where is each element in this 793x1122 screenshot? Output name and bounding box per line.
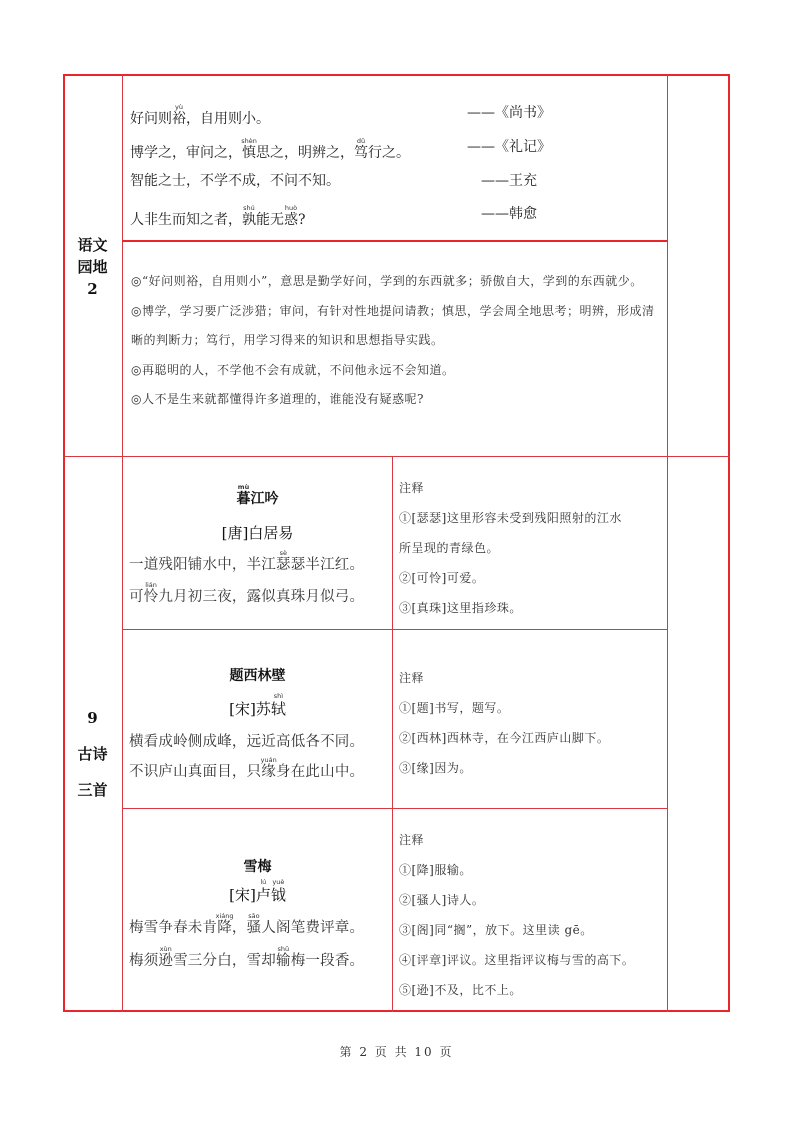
label-line: 语文 [63,234,122,256]
note-item: ②[西林]西林寺，在今江西庐山脚下。 [399,723,664,753]
poem-line: 一道残阳铺水中，半江瑟sè瑟半江红。 [129,550,364,574]
table-divider [122,808,668,809]
poem-notes: 注释 ①[题]书写，题写。 ②[西林]西林寺，在今江西庐山脚下。 ③[缘]因为。 [399,663,664,783]
quote-line: 好问则裕yù，自用则小。 [130,104,270,122]
pinyin-annotated-char: 慎shèn [242,145,256,161]
quote-source: ——《尚书》 [467,104,551,122]
table-divider [667,74,668,1012]
note-item: ②[骚人]诗人。 [399,885,664,915]
note-item: ①[降]服输。 [399,855,664,885]
pinyin-annotated-char: 孰shú [242,212,256,228]
poem-author: [宋]卢lú钺yuè [123,879,392,905]
poem-title: 雪梅 [123,856,392,876]
explanation-item: ◎博学，学习要广泛涉猎；审问，有针对性地提问请教；慎思，学会周全地思考；明辨，形… [131,297,661,356]
document-page: 语文 园地 2 好问则裕yù，自用则小。 ——《尚书》 博学之，审问之，慎shè… [0,0,793,1122]
pinyin-annotated-char: 轼shì [271,700,286,718]
pinyin-annotated-char: 逊xùn [158,953,173,969]
table-divider [392,456,393,1012]
pinyin-annotated-char: 惑huò [284,212,298,228]
pinyin-annotated-char: 笃dǔ [354,145,368,161]
pinyin-annotated-char: 输shū [276,953,291,969]
table-divider [63,456,730,457]
poem-line: 梅须逊xùn雪三分白，雪却输shū梅一段香。 [129,946,364,970]
lesson-label-yuwen-yuandi: 语文 园地 2 [63,234,122,300]
quote-source: ——韩愈 [481,205,537,223]
table-divider [122,240,668,242]
note-item: 所呈现的青绿色。 [399,533,664,563]
notes-title: 注释 [399,663,664,693]
quote-source: ——《礼记》 [467,138,551,156]
label-line: 三首 [63,772,122,808]
poem-line: 梅雪争春未肯降xiáng，骚sāo人阁笔费评章。 [129,913,364,937]
poem-notes: 注释 ①[瑟瑟]这里形容未受到残阳照射的江水 所呈现的青绿色。 ②[可怜]可爱。… [399,473,664,623]
quote-source: ——王充 [481,172,537,190]
table-divider [122,629,668,630]
note-item: ④[评章]评议。这里指评议梅与雪的高下。 [399,945,664,975]
poem-title: 题西林壁 [123,665,392,685]
pinyin-annotated-char: 缘yuán [261,764,276,780]
poem-author: [唐]白居易 [123,522,392,543]
note-item: ③[缘]因为。 [399,753,664,783]
quote-line: 博学之，审问之，慎shèn思之，明辨之，笃dǔ行之。 [130,138,410,156]
explanation-block: ◎“好问则裕，自用则小”，意思是勤学好问，学到的东西就多；骄傲自大，学到的东西就… [131,267,661,415]
note-item: ①[题]书写，题写。 [399,693,664,723]
pinyin-annotated-char: 瑟sè [276,557,291,573]
page-number: 第 2 页 共 10 页 [0,1043,793,1060]
poem-author: [宋]苏轼shì [123,693,392,719]
label-line: 园地 [63,256,122,278]
pinyin-annotated-char: 卢lú [256,886,271,904]
quote-line: 人非生而知之者，孰shú能无惑huò? [130,205,306,223]
label-line: 2 [63,278,122,300]
pinyin-annotated-char: 降xiáng [217,920,232,936]
note-item: ⑤[逊]不及，比不上。 [399,975,664,1005]
poem-line: 不识庐山真面目，只缘yuán身在此山中。 [129,757,364,781]
pinyin-annotated-char: 骚sāo [247,920,262,936]
label-line: 9 [63,700,122,736]
explanation-item: ◎再聪明的人，不学他不会有成就，不问他永远不会知道。 [131,356,661,386]
note-item: ②[可怜]可爱。 [399,563,664,593]
explanation-item: ◎人不是生来就都懂得许多道理的，谁能没有疑惑呢? [131,385,661,415]
note-item: ①[瑟瑟]这里形容未受到残阳照射的江水 [399,503,664,533]
pinyin-annotated-char: 裕yù [172,111,186,127]
explanation-item: ◎“好问则裕，自用则小”，意思是勤学好问，学到的东西就多；骄傲自大，学到的东西就… [131,267,661,297]
notes-title: 注释 [399,825,664,855]
quote-line: 智能之士，不学不成，不问不知。 [130,172,340,190]
note-item: ③[阁]同“搁”，放下。这里读 gē。 [399,915,664,945]
poem-notes: 注释 ①[降]服输。 ②[骚人]诗人。 ③[阁]同“搁”，放下。这里读 gē。 … [399,825,664,1005]
pinyin-annotated-char: 钺yuè [271,886,286,904]
poem-line: 可怜lián九月初三夜，露似真珠月似弓。 [129,582,364,606]
label-line: 古诗 [63,736,122,772]
pinyin-annotated-char: 怜lián [144,589,159,605]
notes-title: 注释 [399,473,664,503]
poem-line: 横看成岭侧成峰，远近高低各不同。 [129,730,364,751]
note-item: ③[真珠]这里指珍珠。 [399,593,664,623]
pinyin-annotated-char: 暮mù [237,491,251,507]
poem-title: 暮mù江吟 [123,484,392,508]
lesson-label-gushi-sanshou: 9 古诗 三首 [63,700,122,808]
